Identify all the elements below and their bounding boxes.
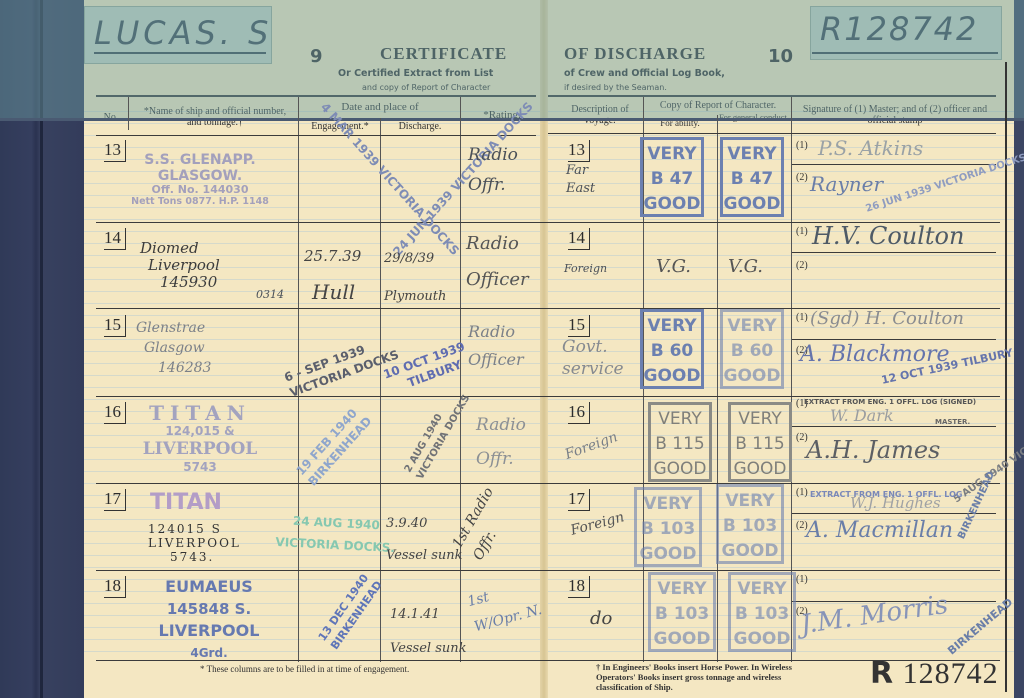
row-14-description: Foreign bbox=[564, 262, 607, 275]
sig-rule bbox=[792, 426, 996, 427]
row-17-sig-master: W.J. Hughes bbox=[850, 494, 941, 512]
col-discharge: Discharge. bbox=[380, 121, 460, 132]
row-14-sig-master: H.V. Coulton bbox=[812, 222, 964, 250]
row-14-ship: DiomedLiverpool145930 bbox=[140, 240, 220, 291]
row-15-description: Govt.service bbox=[562, 336, 624, 380]
row-18-conduct-stamp: VERYB 103GOOD bbox=[728, 572, 796, 652]
sig-rule bbox=[792, 164, 996, 165]
row-16-sig-officer: A.H. James bbox=[806, 436, 940, 464]
row-14-ship-tonnage: 0314 bbox=[256, 288, 284, 301]
row-16-ability-stamp: VERYB 115GOOD bbox=[648, 402, 712, 482]
row-15-desc-no: 15 bbox=[568, 315, 590, 337]
row-14-desc-no: 14 bbox=[568, 228, 590, 250]
row-15-conduct-stamp: VERYB 60GOOD bbox=[720, 309, 784, 389]
row-17-engagement-stamp: 24 AUG 1940VICTORIA DOCKS. bbox=[275, 509, 397, 559]
row-13-description: FarEast bbox=[566, 162, 595, 198]
sig-label-1: (1) bbox=[796, 226, 808, 237]
row-17-desc-no: 17 bbox=[568, 489, 590, 511]
row-16-conduct-stamp: VERYB 115GOOD bbox=[728, 402, 792, 482]
sig-label-1: (1) bbox=[796, 487, 808, 498]
sig-label-2: (2) bbox=[796, 172, 808, 183]
row-18-desc-no: 18 bbox=[568, 576, 590, 598]
row-14-rating: RadioOfficer bbox=[466, 226, 529, 298]
row-17-conduct-stamp: VERYB 103GOOD bbox=[716, 484, 784, 564]
sig-label-1: (1) bbox=[796, 574, 808, 585]
row-16-sig-extract-label: EXTRACT FROM ENG. 1 OFFL. LOG (SIGNED) bbox=[804, 398, 976, 406]
row-14-ability: V.G. bbox=[656, 256, 691, 277]
row-18-description: do bbox=[590, 608, 612, 629]
grid-line bbox=[380, 118, 381, 662]
row-15-rating: RadioOfficer bbox=[468, 318, 524, 374]
row-17-ship-stamp: TITAN bbox=[150, 490, 222, 515]
row-rule bbox=[548, 133, 996, 134]
row-13-desc-no: 13 bbox=[568, 140, 590, 162]
row-14-no: 14 bbox=[104, 228, 126, 250]
row-15-ship: GlenstraeGlasgow146283 bbox=[136, 318, 211, 378]
row-18-no: 18 bbox=[104, 576, 126, 598]
row-rule bbox=[96, 570, 1000, 571]
row-17-sig-officer: A. Macmillan bbox=[806, 518, 953, 543]
row-13-sig-officer: Rayner bbox=[810, 172, 883, 196]
row-13-conduct-stamp: VERYB 47GOOD bbox=[720, 137, 784, 217]
row-13-ability-stamp: VERYB 47GOOD bbox=[640, 137, 704, 217]
row-13-ship-stamp: S.S. GLENAPP.GLASGOW. Off. No. 144030Net… bbox=[112, 152, 288, 208]
sig-label-2: (2) bbox=[796, 260, 808, 271]
header-overlay-band bbox=[0, 0, 1024, 121]
grid-line bbox=[717, 115, 718, 662]
row-14-engagement: 25.7.39Hull bbox=[304, 238, 361, 310]
row-16-sig-master: W. Dark bbox=[830, 406, 894, 425]
sig-label-1: (1) bbox=[796, 312, 808, 323]
row-14-conduct: V.G. bbox=[728, 256, 763, 277]
registration-number-printed: R 128742 bbox=[870, 656, 999, 691]
row-16-desc-no: 16 bbox=[568, 402, 590, 424]
sig-label-1: (1) bbox=[796, 140, 808, 151]
row-13-rating: RadioOffr. bbox=[468, 140, 518, 200]
row-18-discharge: 14.1.41Vessel sunk bbox=[390, 598, 467, 666]
footer-note-right: † In Engineers' Books insert Horse Power… bbox=[596, 662, 792, 692]
row-17-no: 17 bbox=[104, 489, 126, 511]
row-13-sig-master: P.S. Atkins bbox=[818, 136, 923, 160]
sig-rule bbox=[792, 339, 996, 340]
row-16-rating: RadioOffr. bbox=[476, 408, 526, 476]
row-17-ship-handwritten: 124015 SLIVERPOOL5743. bbox=[148, 522, 241, 564]
row-15-no: 15 bbox=[104, 315, 126, 337]
sig-rule bbox=[792, 252, 996, 253]
grid-line bbox=[128, 97, 129, 130]
row-14-discharge: 29/8/39Plymouth bbox=[384, 240, 446, 316]
row-rule bbox=[96, 135, 536, 136]
row-16-ship-stamp: TITAN124,015 & LIVERPOOL5743 bbox=[112, 404, 288, 476]
row-18-ability-stamp: VERYB 103GOOD bbox=[648, 572, 716, 652]
row-18-ship-stamp: EUMAEUS145848 S.LIVERPOOL4Grd. bbox=[134, 576, 284, 664]
row-16-sig-master-suffix: MASTER. bbox=[935, 418, 970, 426]
row-15-ability-stamp: VERYB 60GOOD bbox=[640, 309, 704, 389]
row-rule bbox=[96, 483, 1000, 484]
row-rule bbox=[96, 396, 1000, 397]
footer-note-left: * These columns are to be filled in at t… bbox=[200, 664, 409, 674]
row-17-ability-stamp: VERYB 103GOOD bbox=[634, 487, 702, 567]
row-15-sig-master: (Sgd) H. Coulton bbox=[810, 308, 964, 329]
